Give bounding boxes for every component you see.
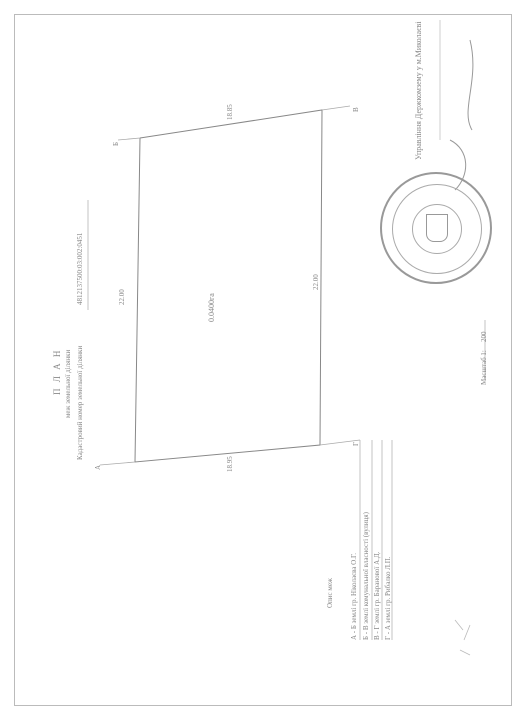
cadastral-label: Кадастровий номер земельної ділянки — [76, 346, 84, 460]
neighbor-item: В - Г землі гр. Баранової А.Д. — [373, 552, 381, 640]
edge-length-top: 18.85 — [226, 104, 234, 120]
corner-label-a: А — [94, 465, 102, 470]
corner-label-g: Г — [352, 442, 360, 446]
cadastral-number: 4812137500:03:002:0451 — [76, 233, 84, 305]
official-stamp — [380, 172, 492, 284]
document-subtitle: меж земельної ділянки — [64, 350, 72, 418]
edge-length-left: 22.00 — [118, 289, 126, 305]
approval-text: Управління Держкомзему у м.Миколаєві — [414, 21, 423, 160]
edge-length-bottom: 18.95 — [226, 456, 234, 472]
corner-label-b: Б — [112, 142, 120, 146]
neighbor-item: А - Б землі гр. Ніколаєва О.Г. — [350, 553, 358, 640]
neighbor-item: Б - В землі комунальної власності (вулиц… — [362, 512, 370, 640]
scale-label: Масштаб 1: — [480, 350, 488, 385]
plot-area: 0.0400га — [207, 293, 216, 322]
corner-label-v: В — [352, 107, 360, 112]
edge-length-right: 22.00 — [312, 274, 320, 290]
scale-value: 200 — [480, 332, 488, 343]
coat-of-arms-icon — [426, 214, 448, 242]
neighbor-item: Г - А землі гр. Рибалко Л.П. — [384, 556, 392, 640]
document-title: П Л А Н — [52, 349, 62, 395]
neighbors-title: Опис меж — [326, 578, 334, 608]
